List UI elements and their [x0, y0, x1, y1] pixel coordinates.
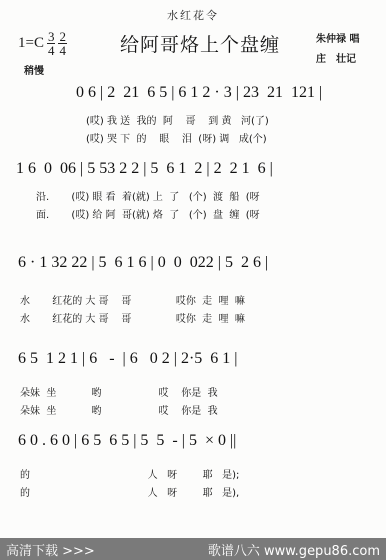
- notation-line-3: 6 · 1 32 22 | 5 6 1 6 | 0 0 022 | 5 2 6 …: [18, 254, 268, 272]
- lyric-line-1a: (哎) 我 送 我的 阿 哥 到 黄 河(了): [86, 112, 269, 127]
- site-link[interactable]: 歌谱八六 www.gepu86.com: [208, 540, 380, 559]
- notation-line-4: 6 5 1 2 1 | 6 - | 6 0 2 | 2·5 6 1 |: [18, 350, 237, 368]
- notation-line-1: 0 6 | 2 21 6 5 | 6 1 2 · 3 | 23 21 121 |: [76, 84, 322, 102]
- singer-credit: 朱仲禄 唱: [316, 30, 359, 50]
- lyric-line-3a: 水 红花的 大 哥 哥 哎你 走 哩 嘛: [20, 292, 245, 307]
- score-subtitle: 水红花令: [0, 7, 386, 23]
- lyric-line-5b: 的 人 呀 耶 是),: [20, 484, 239, 499]
- key-signature: 1=C 3 4 2 4: [18, 30, 67, 57]
- lyric-line-2b: 面. (哎) 给 阿 哥(就) 烙 了 (个) 盘 缠 (呀: [36, 206, 260, 221]
- lyric-line-1b: (哎) 哭 下 的 眼 泪 (呀) 调 成(个): [86, 130, 267, 145]
- lyric-line-2a: 沿. (哎) 眼 看 着(就) 上 了 (个) 渡 船 (呀: [36, 188, 260, 203]
- time-signature-2: 2 4: [58, 30, 67, 57]
- lyric-line-4b: 朵妹 坐 哟 哎 你是 我: [20, 402, 218, 417]
- download-banner: 高清下载 >>> 歌谱八六 www.gepu86.com: [0, 538, 386, 560]
- transcriber-credit: 庄 壮记: [316, 50, 359, 70]
- song-title: 给阿哥烙上个盘缠: [120, 30, 280, 57]
- notation-line-2: 1 6 0 06 | 5 53 2 2 | 5 6 1 2 | 2 2 1 6 …: [16, 160, 273, 178]
- credits: 朱仲禄 唱 庄 壮记: [316, 30, 359, 70]
- lyric-line-4a: 朵妹 坐 哟 哎 你是 我: [20, 384, 218, 399]
- key-label: 1=C: [18, 35, 44, 52]
- lyric-line-5a: 的 人 呀 耶 是);: [20, 466, 239, 481]
- notation-line-5: 6 0 . 6 0 | 6 5 6 5 | 5 5 - | 5 × 0 ||: [18, 432, 236, 450]
- hd-download-link[interactable]: 高清下载 >>>: [6, 540, 95, 559]
- tempo-marking: 稍慢: [24, 62, 44, 77]
- time-signature-1: 3 4: [47, 30, 56, 57]
- music-score: 水红花令 1=C 3 4 2 4 给阿哥烙上个盘缠 朱仲禄 唱 庄 壮记 稍慢 …: [0, 0, 386, 538]
- lyric-line-3b: 水 红花的 大 哥 哥 哎你 走 哩 嘛: [20, 310, 245, 325]
